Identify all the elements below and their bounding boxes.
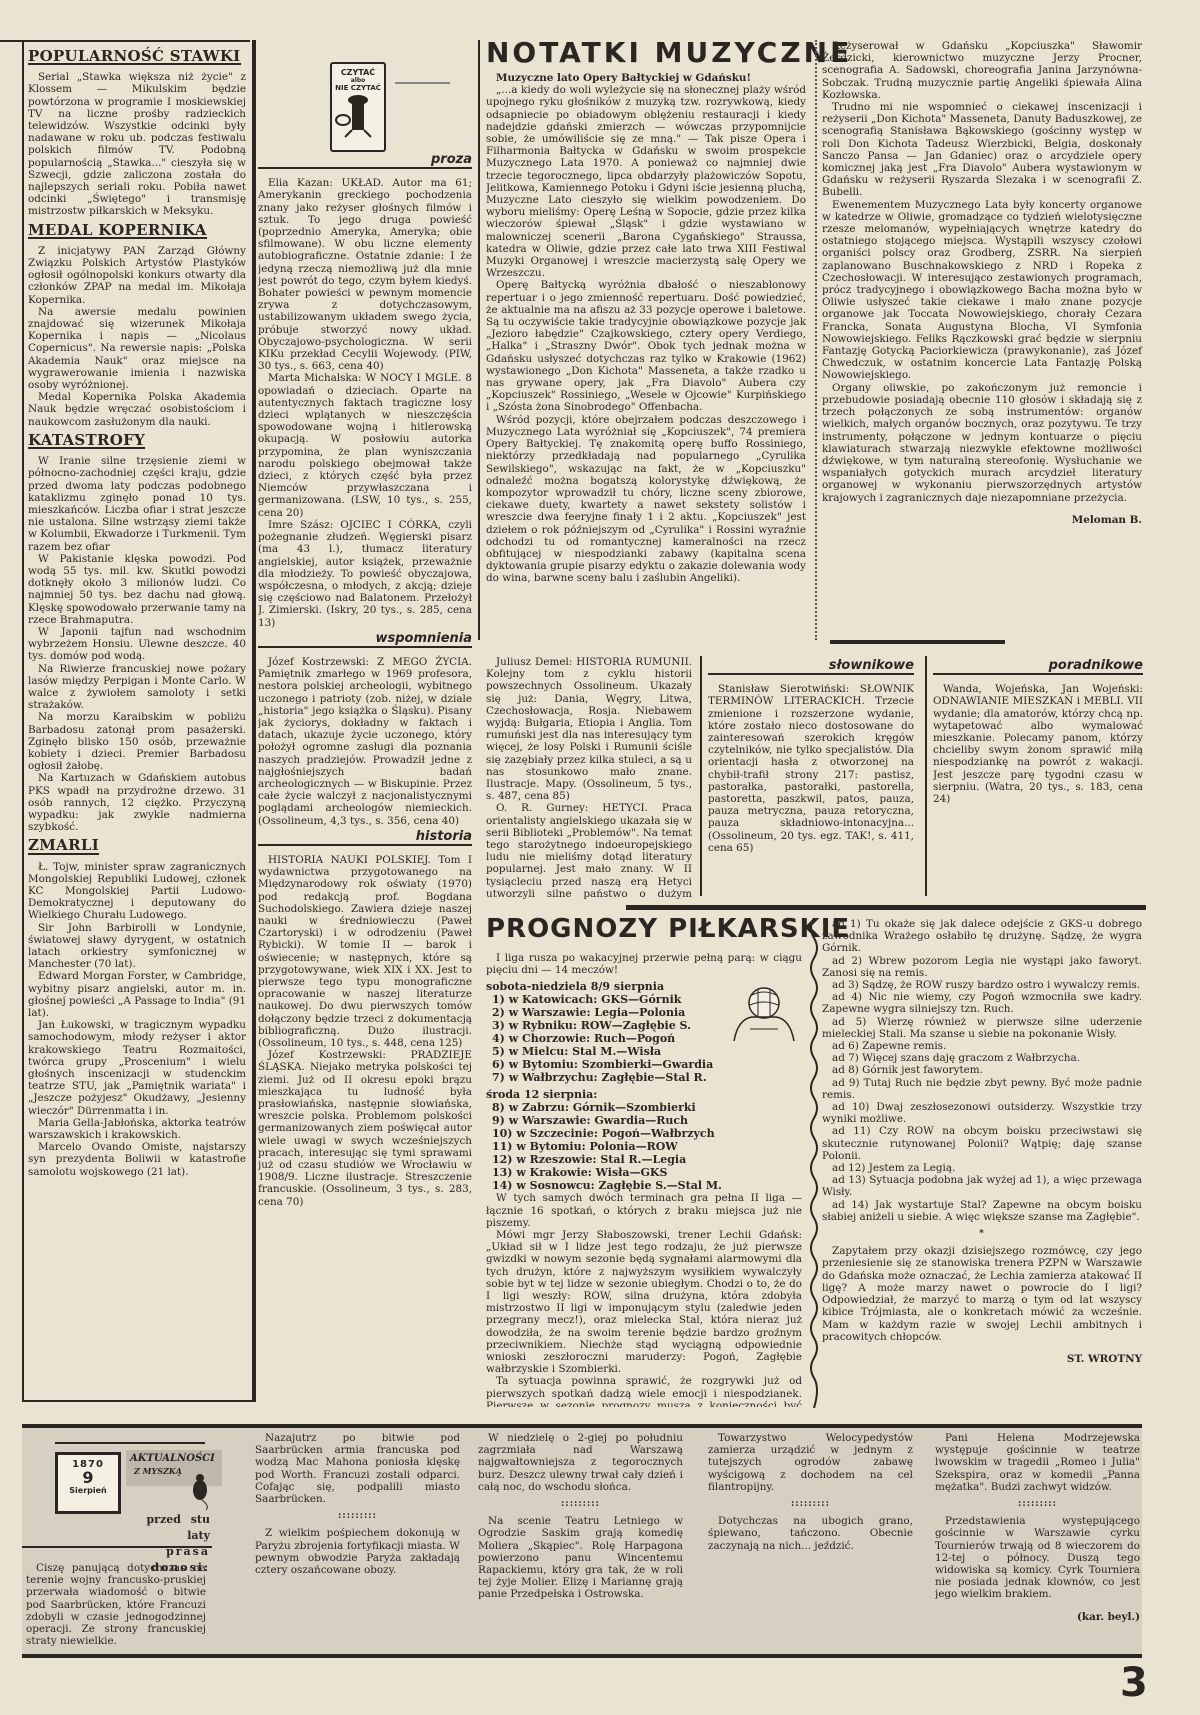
music-signature: Meloman B. xyxy=(822,514,1142,526)
top-left-rule xyxy=(0,40,250,42)
music-paragraph: Trudno mi nie wspomnieć o ciekawej insce… xyxy=(822,101,1142,199)
book-entry: Elia Kazan: UKŁAD. Autor ma 61; Amerykan… xyxy=(258,177,472,372)
strip-inner-rule-top xyxy=(55,1442,205,1444)
news-paragraph: Marcelo Ovando Omiste, najstarszy syn pr… xyxy=(28,1141,246,1178)
book-entry: HISTORIA NAUKI POLSKIEJ. Tom I wydawnict… xyxy=(258,854,472,1049)
history-note: W niedzielę o 2-giej po południu zagrzmi… xyxy=(478,1432,683,1493)
strip-inner-rule-bottom xyxy=(22,1546,212,1548)
match-row: 11) w Bytomiu: Polonia—ROW xyxy=(486,1140,802,1153)
music-lead: Muzyczne lato Opery Bałtyckiej w Gdańsku… xyxy=(486,72,806,84)
match-row: 13) w Krakowie: Wisła—GKS xyxy=(486,1166,802,1179)
history-column-1: Ciszę panującą dotychczas na terenie woj… xyxy=(26,1562,206,1650)
prediction: ad 12) Jestem za Legią. xyxy=(822,1162,1142,1174)
book-entry: Wanda, Wojeńska, Jan Wojeński: ODNAWIANI… xyxy=(933,683,1143,805)
books-column: prozaElia Kazan: UKŁAD. Autor ma 61; Ame… xyxy=(258,150,472,1208)
history-note: Towarzystwo Welocypedystów zamierza urzą… xyxy=(708,1432,913,1493)
books-column-continued-2: słownikoweStanisław Sierotwiński: SŁOWNI… xyxy=(708,656,914,854)
prediction: ad 4) Nic nie wiemy, czy Pogoń wzmocniła… xyxy=(822,991,1142,1015)
football-paragraph: W tych samych dwóch terminach gra pełna … xyxy=(486,1192,802,1229)
prediction: ad 11) Czy ROW na obcym boisku przeciwst… xyxy=(822,1125,1142,1162)
book-entry: Imre Szász: OJCIEC I CÓRKA, czyli pożegn… xyxy=(258,519,472,629)
news-paragraph: Maria Gella-Jabłońska, aktorka teatrów w… xyxy=(28,1117,246,1141)
czytac-logo: CZYTAĆ albo NIE CZYTAĆ xyxy=(330,62,386,152)
section-heading: MEDAL KOPERNIKA xyxy=(28,224,207,239)
books-column-continued-3: poradnikoweWanda, Wojeńska, Jan Wojeński… xyxy=(933,656,1143,805)
music-paragraph: Organy oliwskie, po zakończonym już remo… xyxy=(822,382,1142,504)
date-month: Sierpień xyxy=(58,1486,118,1495)
logo-aktualnosci: AKTUALNOŚCI xyxy=(126,1450,222,1464)
music-article-part-1: Muzyczne lato Opery Bałtyckiej w Gdańsku… xyxy=(486,72,806,585)
category-heading: słownikowe xyxy=(708,660,914,675)
news-paragraph: Na Riwierze francuskiej nowe pożary lasó… xyxy=(28,663,246,712)
news-paragraph: Na awersie medalu powinien znajdować się… xyxy=(28,306,246,391)
footballer-illustration-icon xyxy=(728,985,800,1043)
prediction: ad 5) Wierzę również w pierwsze silne ud… xyxy=(822,1016,1142,1040)
football-closing: Zapytałem przy okazji dzisiejszego rozmó… xyxy=(822,1245,1142,1343)
history-note: Z wielkim pośpiechem dokonują w Paryżu z… xyxy=(255,1527,460,1576)
brace-divider xyxy=(806,918,820,1408)
news-paragraph: Na morzu Karaibskim w pobliżu Barbadosu … xyxy=(28,711,246,772)
prediction: ad 14) Jak wystartuje Stal? Zapewne na o… xyxy=(822,1199,1142,1223)
history-column-3: W niedzielę o 2-giej po południu zagrzmi… xyxy=(478,1432,683,1601)
music-left-border xyxy=(478,40,480,640)
music-paragraph: Reżyserował w Gdańsku „Kopciuszka" Sławo… xyxy=(822,40,1142,101)
football-predictions: ad 1) Tu okaże się jak dalece odejście z… xyxy=(822,918,1142,1365)
news-paragraph: Z inicjatywy PAN Zarząd Główny Związku P… xyxy=(28,245,246,306)
news-paragraph: W Iranie silne trzęsienie ziemi w północ… xyxy=(28,455,246,553)
book-entry: O. R. Gurney: HETYCI. Praca orientalisty… xyxy=(486,802,692,901)
logo-rule xyxy=(395,82,450,84)
match-row: 9) w Warszawie: Gwardia—Ruch xyxy=(486,1114,802,1127)
category-heading: proza xyxy=(258,154,472,169)
section-heading: POPULARNOŚĆ STAWKI xyxy=(28,50,241,65)
books-mid-divider xyxy=(700,656,702,896)
news-paragraph: Sir John Barbirolli w Londynie, światowe… xyxy=(28,922,246,971)
separator: ::::::::: xyxy=(478,1498,683,1510)
strip-bottom-rule xyxy=(22,1654,1142,1658)
history-column-2: Nazajutrz po bitwie pod Saarbrücken armi… xyxy=(255,1432,460,1576)
music-paragraph: Wśród pozycji, które obejrzałem podczas … xyxy=(486,414,806,585)
books-right-divider xyxy=(925,656,927,896)
book-entry: Stanisław Sierotwiński: SŁOWNIK TERMINÓW… xyxy=(708,683,914,854)
music-article-part-2: Reżyserował w Gdańsku „Kopciuszka" Sławo… xyxy=(822,40,1142,526)
history-column-4: Towarzystwo Welocypedystów zamierza urzą… xyxy=(708,1432,913,1552)
book-entry: Józef Kostrzewski: Z MEGO ŻYCIA. Pamiętn… xyxy=(258,656,472,827)
book-entry: Marta Michalska: W NOCY I MGLE. 8 opowia… xyxy=(258,372,472,518)
news-paragraph: Na Kartuzach w Gdańskiem autobus PKS wpa… xyxy=(28,772,246,833)
book-entry: Józef Kostrzewski: PRADZIEJE ŚLĄSKA. Nie… xyxy=(258,1049,472,1208)
prediction: ad 10) Dwaj zeszłosezonowi outsiderzy. W… xyxy=(822,1101,1142,1125)
prediction: ad 3) Sądzę, że ROW ruszy bardzo ostro i… xyxy=(822,979,1142,991)
category-heading: historia xyxy=(258,831,472,846)
music-title: NOTATKI MUZYCZNE xyxy=(486,36,852,69)
subtitle-line-1: przed stu laty xyxy=(115,1512,210,1544)
section-heading: ZMARLI xyxy=(28,839,99,854)
logo-line-3: NIE CZYTAĆ xyxy=(332,84,384,92)
match-row: 12) w Rzeszowie: Stal R.—Legia xyxy=(486,1153,802,1166)
music-paragraph: Ewenementem Muzycznego Lata były koncert… xyxy=(822,199,1142,382)
news-paragraph: Edward Morgan Forster, w Cambridge, wybi… xyxy=(28,970,246,1019)
match-row: 10) w Szczecinie: Pogoń—Wałbrzych xyxy=(486,1127,802,1140)
section-heading: KATASTROFY xyxy=(28,434,145,449)
book-entry: Juliusz Demel: HISTORIA RUMUNII. Kolejny… xyxy=(486,656,692,802)
match-row: 6) w Bytomiu: Szombierki—Gwardia xyxy=(486,1058,802,1071)
round-day: środa 12 sierpnia: xyxy=(486,1088,802,1101)
books-column-continued: Juliusz Demel: HISTORIA RUMUNII. Kolejny… xyxy=(486,656,692,901)
books-column-left-border xyxy=(252,40,254,1400)
prediction: ad 7) Więcej szans daję graczom z Wałbrz… xyxy=(822,1052,1142,1064)
history-note: Ciszę panującą dotychczas na terenie woj… xyxy=(26,1562,206,1647)
prediction: ad 2) Wbrew pozorom Legia nie wystąpi ja… xyxy=(822,955,1142,979)
category-heading: wspomnienia xyxy=(258,633,472,648)
separator: ::::::::: xyxy=(935,1498,1140,1510)
match-row: 14) w Sosnowcu: Zagłębie S.—Stal M. xyxy=(486,1179,802,1192)
news-paragraph: W Pakistanie klęska powodzi. Pod wodą 55… xyxy=(28,553,246,626)
history-note: Nazajutrz po bitwie pod Saarbrücken armi… xyxy=(255,1432,460,1505)
news-paragraph: W Japonii tajfun nad wschodnim wybrzeżem… xyxy=(28,626,246,663)
football-intro: I liga rusza po wakacyjnej przerwie pełn… xyxy=(486,952,802,976)
prediction: ad 13) Sytuacja podobna jak wyżej ad 1),… xyxy=(822,1174,1142,1198)
history-signature: (kar. beyl.) xyxy=(935,1611,1140,1623)
mouse-icon xyxy=(188,1470,212,1510)
news-briefs-column: POPULARNOŚĆ STAWKISerial „Stawka większa… xyxy=(28,44,246,1178)
news-paragraph: Jan Łukowski, w tragicznym wypadku samoc… xyxy=(28,1019,246,1117)
music-bottom-rule xyxy=(830,640,1005,644)
logo-line-2: albo xyxy=(332,77,384,84)
prediction: ad 8) Górnik jest faworytem. xyxy=(822,1064,1142,1076)
history-note: Na scenie Teatru Letniego w Ogrodzie Sas… xyxy=(478,1515,683,1600)
news-paragraph: Ł. Tojw, minister spraw zagranicznych Mo… xyxy=(28,861,246,922)
music-column-divider xyxy=(815,40,817,640)
prediction: ad 6) Zapewne remis. xyxy=(822,1040,1142,1052)
news-paragraph: Medal Kopernika Polska Akademia Nauk będ… xyxy=(28,391,246,428)
football-paragraph: Mówi mgr Jerzy Słaboszowski, trener Lech… xyxy=(486,1229,802,1375)
football-title: PROGNOZY PIŁKARSKIE xyxy=(486,914,850,944)
music-paragraph: „...a kiedy do woli wyleżycie się na sło… xyxy=(486,84,806,279)
history-column-5: Pani Helena Modrzejewska występuje gości… xyxy=(935,1432,1140,1623)
asterisk-separator: * xyxy=(822,1228,1142,1240)
page-number: 3 xyxy=(1120,1660,1148,1706)
history-note: Przedstawienia występującego gościnnie w… xyxy=(935,1515,1140,1600)
news-paragraph: Serial „Stawka większa niż życie" z Klos… xyxy=(28,71,246,217)
match-row: 8) w Zabrzu: Górnik—Szombierki xyxy=(486,1101,802,1114)
separator: ::::::::: xyxy=(708,1498,913,1510)
date-box: 1870 9 Sierpień xyxy=(55,1452,121,1514)
reader-figure-icon xyxy=(335,92,381,138)
date-day: 9 xyxy=(58,1470,118,1486)
football-signature: ST. WROTNY xyxy=(822,1353,1142,1365)
separator: ::::::::: xyxy=(255,1510,460,1522)
football-paragraph: Ta sytuacja powinna sprawić, że rozgrywk… xyxy=(486,1375,802,1407)
football-top-rule xyxy=(626,905,1146,910)
match-row: 7) w Wałbrzychu: Zagłębie—Stal R. xyxy=(486,1071,802,1084)
logo-line-1: CZYTAĆ xyxy=(332,68,384,77)
history-note: Dotychczas na ubogich grano, śpiewano, t… xyxy=(708,1515,913,1552)
history-note: Pani Helena Modrzejewska występuje gości… xyxy=(935,1432,1140,1493)
prediction: ad 9) Tutaj Ruch nie będzie zbyt pewny. … xyxy=(822,1077,1142,1101)
prediction: ad 1) Tu okaże się jak dalece odejście z… xyxy=(822,918,1142,955)
match-row: 5) w Mielcu: Stal M.—Wisła xyxy=(486,1045,802,1058)
music-paragraph: Operę Bałtycką wyróżnia dbałość o niesza… xyxy=(486,279,806,413)
category-heading: poradnikowe xyxy=(933,660,1143,675)
